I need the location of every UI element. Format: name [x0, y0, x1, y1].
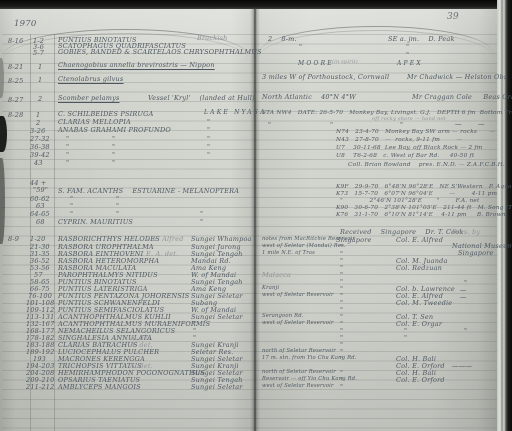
handwritten-entry: — [455, 121, 462, 128]
handwritten-entry: off rocky shore — hand net [372, 117, 446, 123]
handwritten-entry: Scomber pelamys [58, 95, 119, 102]
handwritten-entry: 211-212 [26, 384, 54, 391]
handwritten-entry: Col. Redzuan [396, 265, 442, 272]
handwritten-entry: Malacca [262, 272, 291, 279]
handwritten-entry: K73 15-7-70 6°07'N 96°04'E — 4-11 pm [336, 191, 497, 198]
handwritten-entry: west of Seletar Reservoir [262, 293, 334, 299]
handwritten-entry: Col. E. Orgar [396, 321, 442, 328]
handwritten-entry: " [299, 44, 302, 51]
handwritten-entry: U8 T6-2-68 c. West of Bar Rd. 40-50 ft [336, 153, 474, 160]
handwritten-entry: K76 31-1-70 6°10'N 81°14'E 4-11 pm B. Br… [336, 212, 506, 219]
handwritten-entry: Singapore [458, 250, 494, 257]
handwritten-entry: Col. E. Orford [396, 377, 445, 384]
year-heading: 1970 [14, 20, 36, 30]
handwritten-entry: (in spirit) [332, 60, 358, 66]
handwritten-entry: 8-21 [8, 64, 23, 71]
handwritten-entry: Sungei Seletar [191, 384, 243, 391]
book-gutter-shadow [250, 8, 260, 431]
handwritten-entry: 68 [36, 219, 45, 226]
handwritten-entry: " [340, 384, 343, 391]
handwritten-entry: Pres. by [452, 229, 480, 236]
page-number: 39 [447, 12, 459, 22]
handwritten-entry: AMBLYCEPS MANGOIS [58, 384, 141, 391]
handwritten-entry: "59" [33, 187, 48, 194]
handwritten-entry: Mr Craggan Cole Beas Grant [412, 94, 512, 101]
handwritten-entry: " [66, 160, 69, 167]
handwritten-entry: North Atlantic 40°N 4°W [262, 94, 356, 101]
handwritten-entry: " [340, 356, 343, 363]
handwritten-entry: 8-16 [8, 38, 23, 45]
handwritten-entry: west of Seletar Reservoir [262, 321, 334, 327]
handwritten-entry: K90 30-6-70 2°38'N 101°05'E 211-44 ft M.… [336, 205, 512, 212]
handwritten-entry: 1 [38, 77, 42, 84]
handwritten-entry: 2 [38, 96, 42, 103]
handwritten-entry: Mr Chadwick — Helston Obs [407, 74, 507, 81]
handwritten-entry: Ctenolabrus gilvus [58, 76, 123, 83]
handwritten-entry: SE a. jm. D. Peak [388, 36, 455, 43]
handwritten-entry: 3 miles W of Porthoustock, Cornwall [262, 74, 389, 81]
handwritten-entry: " [406, 52, 409, 59]
handwritten-entry: Col. E. Alfred [396, 237, 443, 244]
handwritten-entry: LAKE NYASA [204, 110, 267, 117]
handwritten-entry: S. FAM. ACANTHS ESTUARINE - MELANOPTERA [58, 188, 239, 195]
handwritten-entry: " [464, 328, 467, 335]
handwritten-entry: " [112, 160, 115, 167]
handwritten-entry: Vessel 'Kryl' (landed at Hull) [148, 95, 255, 102]
handwritten-entry: CYPRIN. MAURITIUS [58, 219, 133, 226]
handwritten-entry: 1 mile N.E. of Tras [262, 251, 315, 257]
handwritten-entry: 2 8-m. [268, 36, 297, 43]
handwritten-entry: U7 30-11-68 Lee Bay, off Black Rock — 2 … [336, 145, 482, 152]
handwritten-entry: K9F 29-9-70 6°48'N 96°28'E NE S'Western … [336, 184, 512, 191]
handwritten-entry: 1 [38, 64, 42, 71]
handwritten-entry: APEX [397, 61, 423, 68]
handwritten-entry: " [207, 127, 210, 134]
handwritten-entry: ANABAS GRAHAMI PROFUNDO [58, 127, 171, 134]
handwritten-entry: west of Seletar Reservoir [262, 384, 334, 390]
handwritten-entry: " [268, 122, 271, 129]
scan-background-top [0, 0, 512, 9]
handwritten-entry: N43 27-8-70 — rocks, 9-11 fm — [336, 137, 462, 144]
handwritten-entry: " [200, 219, 203, 226]
handwritten-entry: Coll. Brian Rowland pres. E.N.D. — Z.A.F… [348, 162, 505, 169]
handwritten-entry: 8-27 [8, 97, 23, 104]
handwritten-entry: 8-9 [8, 236, 19, 243]
handwritten-entry: — [460, 294, 467, 301]
handwritten-entry: MOORE [298, 61, 334, 68]
handwritten-entry: " [207, 152, 210, 159]
handwritten-entry: ——— [452, 363, 472, 370]
handwritten-entry: " 2°46'N 101°28'E " F.A. net [336, 198, 480, 205]
handwritten-entry: 43 [34, 160, 43, 167]
handwritten-entry: — [478, 121, 485, 128]
scanned-register-page: 1970 39 8-161-2PUNTIUS BINOTATUSBrackish… [0, 0, 512, 431]
handwritten-entry: " [404, 335, 407, 342]
handwritten-entry: 8-25 [8, 78, 23, 85]
handwritten-entry: Col. M. Tweedie [396, 300, 452, 307]
handwritten-entry: 5-7 [33, 50, 44, 57]
handwritten-entry: " [330, 122, 333, 129]
handwritten-entry: 8-28 [8, 112, 23, 119]
handwritten-entry: Chaenogobius annella brevirostris — Nipp… [58, 62, 215, 69]
handwritten-entry: Brackish [197, 35, 228, 42]
handwritten-entry: GOBIES, BANDED & SCARTELAOS CHRYSOPHTHAL… [58, 49, 262, 56]
handwritten-entry: N74 23-4-70 Monkey Bay SW arm — rocks — [336, 129, 495, 136]
